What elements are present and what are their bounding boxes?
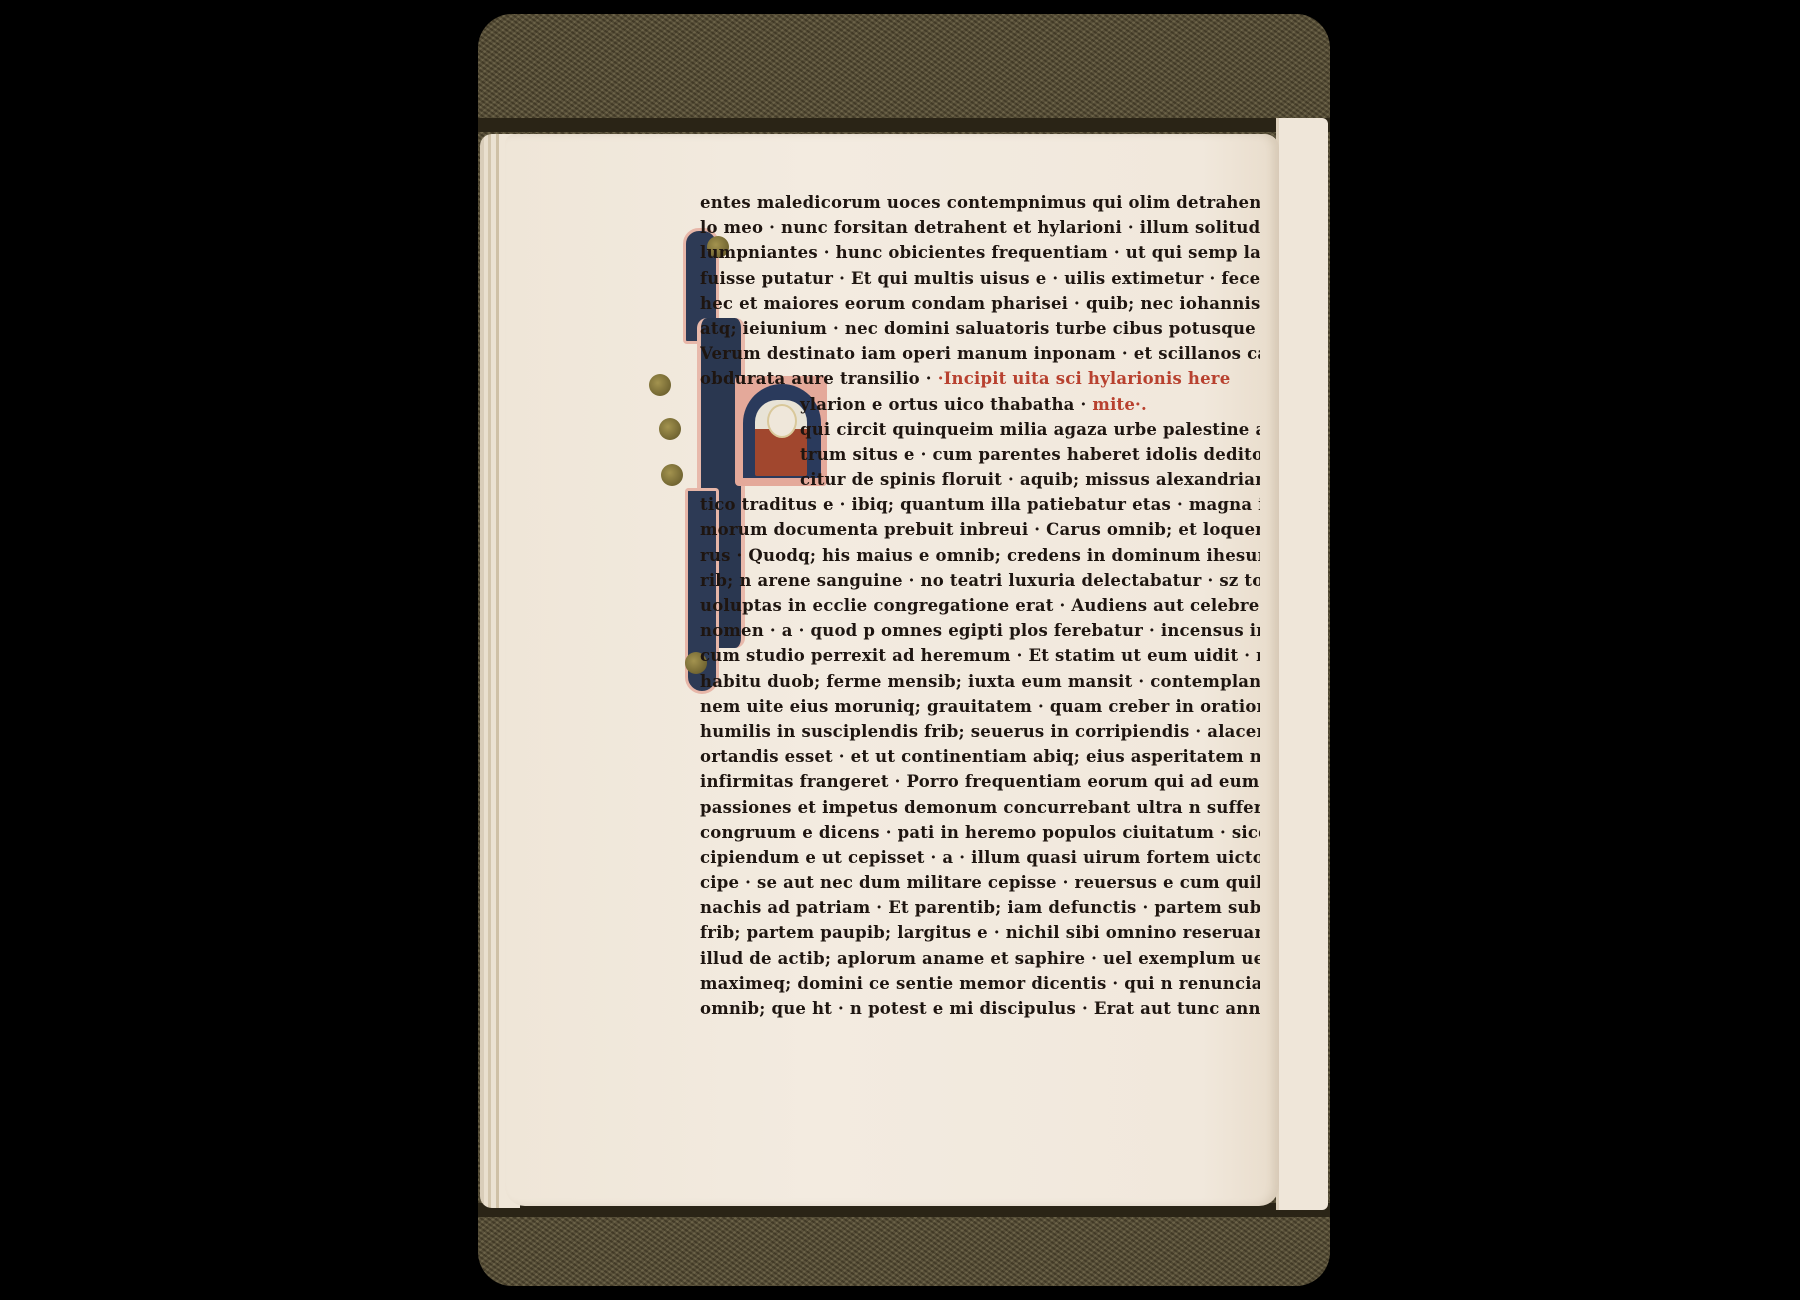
text-segment: ylarion e ortus uico thabatha · xyxy=(800,395,1086,414)
text-line: citur de spinis floruit · aquib; missus … xyxy=(700,467,1260,492)
text-column: entes maledicorum uoces contempnimus qui… xyxy=(700,190,1260,1021)
text-line: hec et maiores eorum condam pharisei · q… xyxy=(700,291,1260,316)
text-line: qui circit quinqueim milia agaza urbe pa… xyxy=(700,417,1260,442)
text-line: rib; n arene sanguine · no teatri luxuri… xyxy=(700,568,1260,593)
text-line: cipe · se aut nec dum militare cepisse ·… xyxy=(700,870,1260,895)
text-line: cipiendum e ut cepisset · a · illum quas… xyxy=(700,845,1260,870)
text-line: frib; partem paupib; largitus e · nichil… xyxy=(700,920,1260,945)
text-line: lumpniantes · hunc obicientes frequentia… xyxy=(700,240,1260,265)
text-line: humilis in susciplendis frib; seuerus in… xyxy=(700,719,1260,744)
text-line: entes maledicorum uoces contempnimus qui… xyxy=(700,190,1260,215)
text-line: infirmitas frangeret · Porro frequentiam… xyxy=(700,769,1260,794)
text-line: lo meo · nunc forsitan detrahent et hyla… xyxy=(700,215,1260,240)
rubric-heading: ·Incipit uita sci hylarionis here xyxy=(938,369,1231,388)
text-line: atq; ieiunium · nec domini saluatoris tu… xyxy=(700,316,1260,341)
text-line: cum studio perrexit ad heremum · Et stat… xyxy=(700,643,1260,668)
text-line: passiones et impetus demonum concurreban… xyxy=(700,795,1260,820)
text-line-with-rubric: obdurata aure transilio · ·Incipit uita … xyxy=(700,366,1260,391)
text-line: ortandis esset · et ut continentiam abiq… xyxy=(700,744,1260,769)
gold-boss-icon xyxy=(661,464,683,486)
binding-edge-top xyxy=(478,118,1330,132)
text-line: rus · Quodq; his maius e omnib; credens … xyxy=(700,543,1260,568)
text-line: nomen · a · quod p omnes egipti plos fer… xyxy=(700,618,1260,643)
text-line: trum situs e · cum parentes haberet idol… xyxy=(700,442,1260,467)
text-line: morum documenta prebuit inbreui · Carus … xyxy=(700,517,1260,542)
gold-boss-icon xyxy=(659,418,681,440)
text-line: congruum e dicens · pati in heremo popul… xyxy=(700,820,1260,845)
facing-page-edge xyxy=(1276,118,1328,1210)
text-line: illud de actib; aplorum aname et saphire… xyxy=(700,946,1260,971)
gold-boss-icon xyxy=(649,374,671,396)
text-line-with-rubric: ylarion e ortus uico thabatha · mite·. xyxy=(700,392,1260,417)
text-line: maximeq; domini ce sentie memor dicentis… xyxy=(700,971,1260,996)
rubric-heading-continued: mite·. xyxy=(1092,395,1147,414)
text-line: uoluptas in ecclie congregatione erat · … xyxy=(700,593,1260,618)
text-line: nachis ad patriam · Et parentib; iam def… xyxy=(700,895,1260,920)
text-segment: obdurata aure transilio · xyxy=(700,369,932,388)
text-line: Verum destinato iam operi manum inponam … xyxy=(700,341,1260,366)
text-line: omnib; que ht · n potest e mi discipulus… xyxy=(700,996,1260,1021)
text-line: tico traditus e · ibiq; quantum illa pat… xyxy=(700,492,1260,517)
text-line: habitu duob; ferme mensib; iuxta eum man… xyxy=(700,669,1260,694)
text-line: nem uite eius moruniq; grauitatem · quam… xyxy=(700,694,1260,719)
text-line: fuisse putatur · Et qui multis uisus e ·… xyxy=(700,266,1260,291)
